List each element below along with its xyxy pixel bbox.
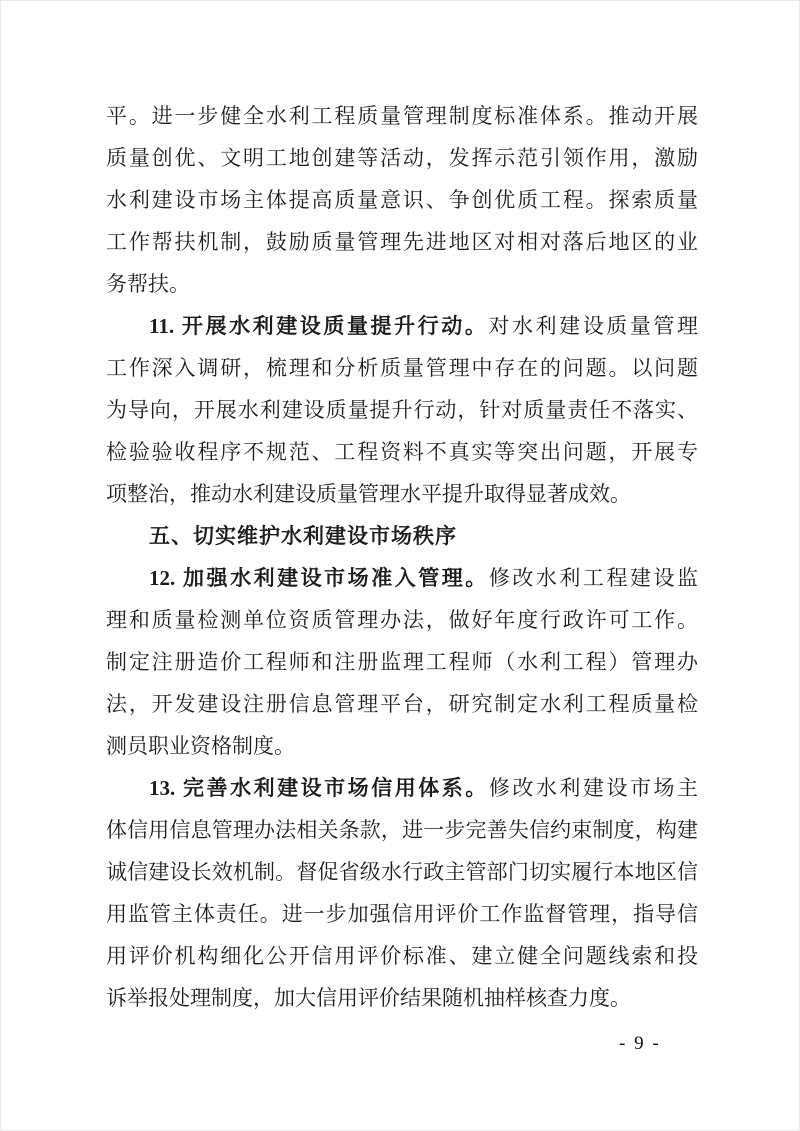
section-heading: 五、切实维护水利建设市场秩序 [106,515,698,557]
text-line: 用监管主体责任。进一步加强信用评价工作监督管理，指导信 [106,893,698,935]
text-line: 质量创优、文明工地创建等活动，发挥示范引领作用，激励 [106,137,698,179]
text-line: 检验验收程序不规范、工程资料不真实等突出问题，开展专 [106,431,698,473]
text-run: 制定注册造价工程师和注册监理工程师（水利工程）管理办 [106,650,698,674]
text-run: 为导向，开展水利建设质量提升行动，针对质量责任不落实、 [106,398,698,422]
text-run: 体信用信息管理办法相关条款，进一步完善失信约束制度，构建 [106,818,698,842]
text-run: 诉举报处理制度，加大信用评价结果随机抽样核查力度。 [106,986,631,1010]
text-run: 对水利建设质量管理 [488,314,698,338]
text-line: 13. 完善水利建设市场信用体系。修改水利建设市场主 [106,767,698,809]
text-line: 平。进一步健全水利工程质量管理制度标准体系。推动开展 [106,95,698,137]
text-line: 诚信建设长效机制。督促省级水行政主管部门切实履行本地区信 [106,851,698,893]
text-line: 工作帮扶机制，鼓励质量管理先进地区对相对落后地区的业 [106,221,698,263]
text-line: 为导向，开展水利建设质量提升行动，针对质量责任不落实、 [106,389,698,431]
page-number: - 9 - [619,1032,661,1056]
text-run: 修改水利建设市场主 [489,776,698,800]
text-run: 项整治，推动水利建设质量管理水平提升取得显著成效。 [106,482,631,506]
text-run: 诚信建设长效机制。督促省级水行政主管部门切实履行本地区信 [106,860,698,884]
text-run: 理和质量检测单位资质管理办法，做好年度行政许可工作。 [106,608,698,632]
text-block: 平。进一步健全水利工程质量管理制度标准体系。推动开展质量创优、文明工地创建等活动… [106,95,698,1019]
document-page: 平。进一步健全水利工程质量管理制度标准体系。推动开展质量创优、文明工地创建等活动… [0,0,800,1131]
text-line: 法，开发建设注册信息管理平台，研究制定水利工程质量检 [106,683,698,725]
text-line: 项整治，推动水利建设质量管理水平提升取得显著成效。 [106,473,698,515]
text-line: 12. 加强水利建设市场准入管理。修改水利工程建设监 [106,557,698,599]
text-run: 用评价机构细化公开信用评价标准、建立健全问题线索和投 [106,944,698,968]
text-run: 质量创优、文明工地创建等活动，发挥示范引领作用，激励 [106,146,698,170]
text-run: 水利建设市场主体提高质量意识、争创优质工程。探索质量 [106,188,698,212]
text-run: 工作帮扶机制，鼓励质量管理先进地区对相对落后地区的业 [106,230,698,254]
text-line: 理和质量检测单位资质管理办法，做好年度行政许可工作。 [106,599,698,641]
text-line: 11. 开展水利建设质量提升行动。对水利建设质量管理 [106,305,698,347]
text-line: 工作深入调研，梳理和分析质量管理中存在的问题。以问题 [106,347,698,389]
text-run: 修改水利工程建设监 [489,566,698,590]
text-line: 体信用信息管理办法相关条款，进一步完善失信约束制度，构建 [106,809,698,851]
paragraph-lead-bold: 12. 加强水利建设市场准入管理。 [149,566,489,590]
text-line: 诉举报处理制度，加大信用评价结果随机抽样核查力度。 [106,977,698,1019]
text-line: 水利建设市场主体提高质量意识、争创优质工程。探索质量 [106,179,698,221]
text-line: 务帮扶。 [106,263,698,305]
paragraph-lead-bold: 11. 开展水利建设质量提升行动。 [149,314,488,338]
text-run: 测员职业资格制度。 [106,734,295,758]
text-line: 测员职业资格制度。 [106,725,698,767]
text-run: 平。进一步健全水利工程质量管理制度标准体系。推动开展 [106,104,698,128]
text-run: 工作深入调研，梳理和分析质量管理中存在的问题。以问题 [106,356,698,380]
text-line: 用评价机构细化公开信用评价标准、建立健全问题线索和投 [106,935,698,977]
paragraph-lead-bold: 五、切实维护水利建设市场秩序 [149,524,457,548]
paragraph-lead-bold: 13. 完善水利建设市场信用体系。 [149,776,489,800]
text-run: 务帮扶。 [106,272,190,296]
text-run: 检验验收程序不规范、工程资料不真实等突出问题，开展专 [106,440,698,464]
text-run: 法，开发建设注册信息管理平台，研究制定水利工程质量检 [106,692,698,716]
text-line: 制定注册造价工程师和注册监理工程师（水利工程）管理办 [106,641,698,683]
text-run: 用监管主体责任。进一步加强信用评价工作监督管理，指导信 [106,902,698,926]
